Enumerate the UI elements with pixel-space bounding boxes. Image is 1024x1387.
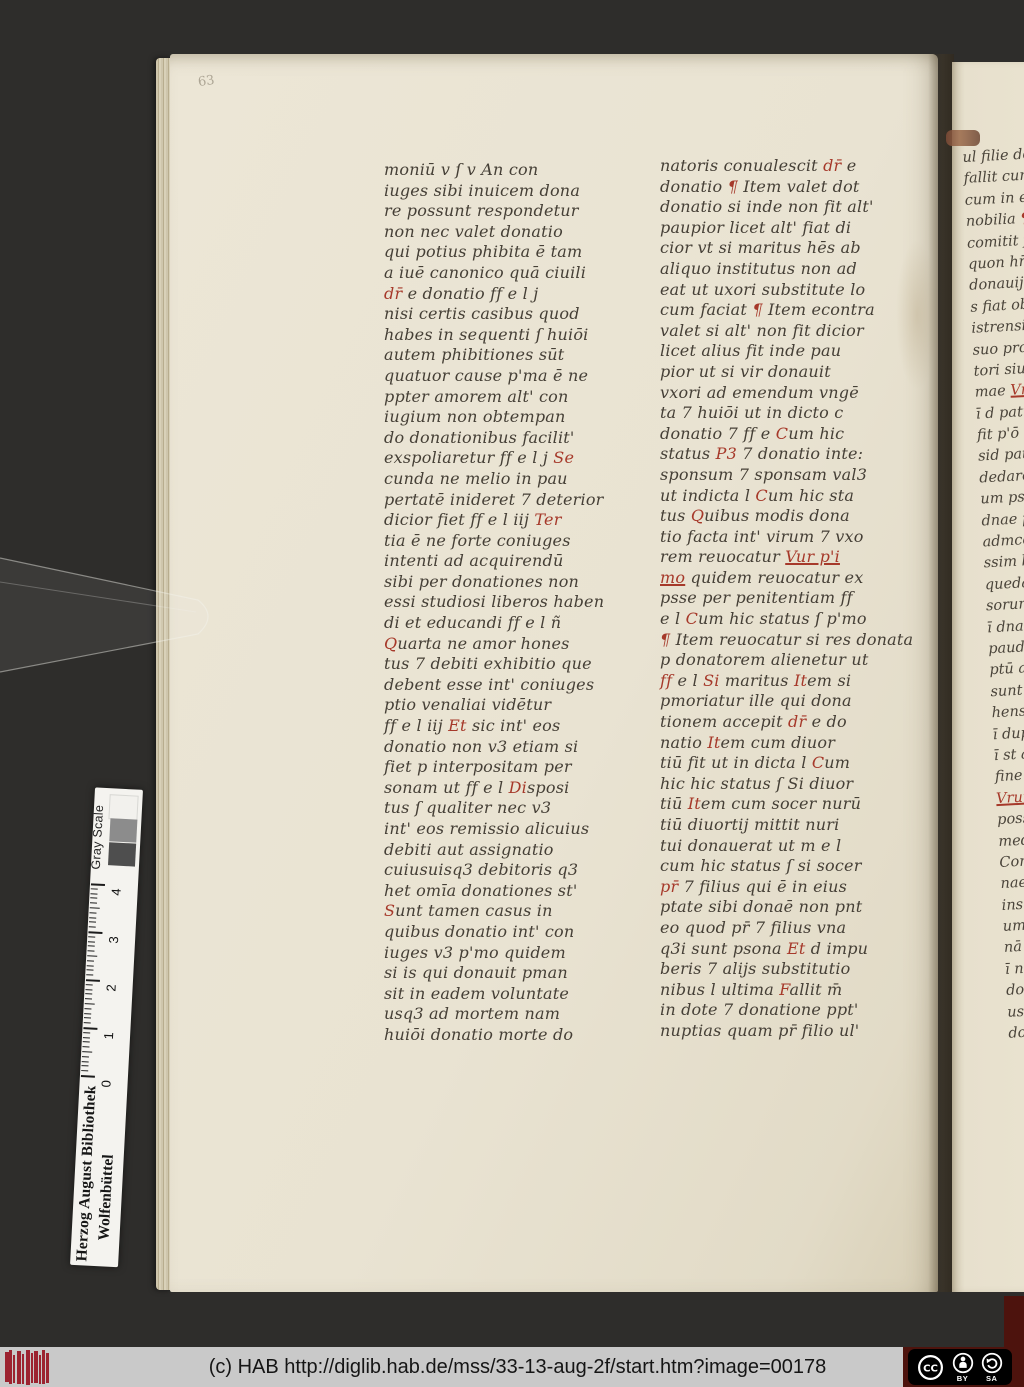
manuscript-line: fiet p interpositam per [384,757,636,778]
manuscript-line: di et educandi ff e l ñ [384,613,636,634]
barcode-bar [13,1355,15,1383]
manuscript-line: Sunt tamen casus in [384,901,636,922]
manuscript-line: donatio non v3 etiam si [384,737,636,758]
rubric-mark: C [812,753,824,772]
manuscript-line: eo quod pr̄ 7 filius vna [660,918,922,939]
manuscript-line: nisi certis casibus quod [384,304,636,325]
ruler-minor-tick [89,926,96,927]
ruler-number: 3 [106,925,121,944]
manuscript-line: ptate sibi donaē non pnt [660,897,922,918]
manuscript-line: aliquo institutus non ad [660,259,922,280]
manuscript-line: rem reuocatur Vur p'i [660,547,922,568]
manuscript-line: psse per penitentiam ff [660,588,922,609]
ruler-minor-tick [85,998,92,999]
ruler-minor-tick [84,1008,91,1009]
rubric-mark: F [779,980,789,999]
ruler-major-tick [83,1027,97,1030]
manuscript-line: qui potius phibita ē tam [384,242,636,263]
manuscript-line: nibus l ultima Fallit m̄ [660,980,922,1001]
rubric-mark: Se [553,448,574,467]
manuscript-line: Quarta ne amor hones [384,634,636,655]
ruler-minor-tick [86,984,93,985]
book-gutter [928,54,954,1292]
manuscript-line: habes in sequenti ſ huiōi [384,325,636,346]
ruler-minor-tick [83,1037,90,1038]
manuscript-line: cum hic status ſ si socer [660,856,922,877]
barcode-bar [31,1353,33,1383]
manuscript-line: q3i sunt psona Et d impu [660,939,922,960]
manuscript-line: tiū Item cum socer nurū [660,794,922,815]
ruler-minor-tick [83,1032,90,1033]
ruler-minor-tick [90,893,97,894]
ruler-minor-tick [81,1065,88,1066]
rubric-mark: ¶ [752,300,762,319]
ruler-major-tick [91,883,105,886]
library-label-city: Wolfenbüttel [94,1132,119,1263]
grayscale-square-mid [109,818,137,842]
manuscript-line: huiōi donatio morte do [384,1025,636,1046]
manuscript-line: tui donauerat ut m e l [660,836,922,857]
manuscript-line: p donatorem alienetur ut [660,650,922,671]
manuscript-line: e l Cum hic status ſ p'mo [660,609,922,630]
manuscript-line: tiū fit ut in dicta l Cum [660,753,922,774]
manuscript-line: do donationibus facilit' [384,428,636,449]
ruler-number: 1 [101,1021,116,1040]
manuscript-line: paupior licet alt' fiat di [660,218,922,239]
grayscale-square-white [108,794,138,820]
grayscale-ruler: Gray Scale 43210 Herzog August Bibliothe… [70,787,143,1267]
manuscript-line: ¶ Item reuocatur si res donata [660,630,922,651]
manuscript-line: tus ſ qualiter nec v3 [384,798,636,819]
manuscript-line: debent esse int' coniuges [384,675,636,696]
manuscript-line: eat ut uxori substitute lo [660,280,922,301]
manuscript-line: tionem accepit dr̄ e do [660,712,922,733]
manuscript-line: donatio ¶ Item valet dot [660,177,922,198]
ruler-minor-tick [88,946,95,947]
manuscript-line: ta 7 huiōi ut in dicto c [660,403,922,424]
cc-sa-label: SA [986,1375,997,1383]
manuscript-line: quatuor cause p'ma ē ne [384,366,636,387]
manuscript-column-right: natoris conualescit dr̄ edonatio ¶ Item … [660,156,922,1042]
ruler-minor-tick [87,955,97,957]
manuscript-line: tus 7 debiti exhibitio que [384,654,636,675]
rubric-mark: Di [509,778,527,797]
ruler-minor-tick [89,912,96,913]
cc-icon: CC [917,1354,944,1381]
cc-by-label: BY [957,1375,968,1383]
rubric-mark: Et [448,716,467,735]
manuscript-line: cunda ne melio in pau [384,469,636,490]
rubric-mark: C [686,609,698,628]
manuscript-line: ptio venaliai vidētur [384,695,636,716]
manuscript-line: essi studiosi liberos haben [384,592,636,613]
barcode-bar [9,1350,12,1384]
cc-license-badge[interactable]: CC BY SA [908,1349,1012,1385]
pencil-foliation-mark: 63 [197,73,215,90]
barcode-bar [17,1351,21,1384]
manuscript-line: tia ē ne forte coniuges [384,531,636,552]
manuscript-line: quibus donatio int' con [384,922,636,943]
ruler-major-tick [88,931,102,934]
manuscript-line: exspoliaretur ff e l j Se [384,448,636,469]
ruler-minor-tick [86,970,93,971]
manuscript-line: pertatē inideret 7 deterior [384,490,636,511]
manuscript-line: intenti ad acquirendū [384,551,636,572]
ruler-minor-tick [87,965,94,966]
ruler-minor-tick [88,936,95,937]
manuscript-line: sonam ut ff e l Disposi [384,778,636,799]
cc-sa-arrow-icon [981,1352,1003,1374]
binding-sewing [946,130,980,146]
ruler-minor-tick [81,1070,88,1071]
attribution-text: (c) HAB http://diglib.hab.de/mss/33-13-a… [130,1347,905,1387]
cc-by-group: BY [952,1352,974,1383]
manuscript-line: beris 7 alijs substitutio [660,959,922,980]
grayscale-square-dark [108,842,136,866]
manuscript-line: donatio 7 ff e Cum hic [660,424,922,445]
ruler-number: 0 [98,1069,113,1088]
manuscript-line: int' eos remissio alicuius [384,819,636,840]
manuscript-line: sit in eadem voluntate [384,984,636,1005]
manuscript-line: ff e l iij Et sic int' eos [384,716,636,737]
manuscript-line: vxori ad emendum vngē [660,383,922,404]
manuscript-line: usq3 ad mortem nam [384,1004,636,1025]
manuscript-line: sibi per donationes non [384,572,636,593]
rubric-mark: It [707,733,720,752]
rubric-mark: ff [660,671,672,690]
rubric-mark: Si [703,671,719,690]
rubric-mark: C [776,424,788,443]
ruler-major-tick [81,1075,95,1078]
rubric-mark: pr̄ [660,877,678,896]
manuscript-line: ut indicta l Cum hic sta [660,486,922,507]
manuscript-line: cuiusuisq3 debitoris q3 [384,860,636,881]
rubric-mark: mo [660,568,685,587]
rubric-mark: C [755,486,767,505]
rubric-mark: Vrum [996,789,1024,807]
manuscript-line: mo quidem reuocatur ex [660,568,922,589]
rubric-mark: ¶ [660,630,670,649]
ruler-minor-tick [82,1056,89,1057]
ruler-minor-tick [85,1003,95,1005]
manuscript-line: dr̄ e donatio ff e l j [384,284,636,305]
cc-by-person-icon [952,1352,974,1374]
manuscript-line: nuptias quam pr̄ filio ul' [660,1021,922,1042]
manuscript-line: cum faciat ¶ Item econtra [660,300,922,321]
rubric-mark: It [688,794,701,813]
rubric-mark: ¶ [728,177,738,196]
color-calibration-barcode [5,1350,51,1387]
manuscript-line: si is qui donauit pman [384,963,636,984]
manuscript-line: status P3 7 donatio inte: [660,444,922,465]
ruler-number: 2 [103,973,118,992]
barcode-bar [34,1351,38,1383]
cc-logo-group: CC [917,1354,944,1381]
barcode-bar [26,1350,30,1385]
ruler-minor-tick [89,917,96,918]
barcode-bar [22,1354,24,1384]
ruler-minor-tick [84,1018,91,1019]
rubric-mark: It [794,671,807,690]
ruler-minor-tick [90,902,97,903]
rubric-mark: dr̄ [384,284,402,303]
rubric-mark: Vur p'i [785,547,840,566]
ruler-number: 4 [108,877,123,896]
barcode-bar [46,1353,49,1383]
manuscript-line: iugium non obtempan [384,407,636,428]
svg-text:CC: CC [923,1363,938,1374]
manuscript-line: hic hic status ſ Si diuor [660,774,922,795]
barcode-bar [42,1350,45,1384]
rubric-mark: dr̄ [788,712,806,731]
manuscript-line: tus Quibus modis dona [660,506,922,527]
ruler-minor-tick [85,994,92,995]
manuscript-line: tio facta int' virum 7 vxo [660,527,922,548]
manuscript-line: in dote 7 donatione ppt' [660,1000,922,1021]
ruler-minor-tick [86,974,93,975]
library-label: Herzog August Bibliothek Wolfenbüttel [70,1131,125,1263]
book-cover-corner [1004,1296,1024,1347]
manuscript-column-left: moniū v ſ v An coniuges sibi inuicem don… [384,160,636,1046]
ruler-minor-tick [87,950,94,951]
ruler-minor-tick [89,922,96,923]
manuscript-line: pmoriatur ille qui dona [660,691,922,712]
manuscript-line: moniū v ſ v An con [384,160,636,181]
manuscript-line: licet alius fit inde pau [660,341,922,362]
manuscript-line: cior vt si maritus hēs ab [660,238,922,259]
rubric-mark: P3 [716,444,737,463]
rubric-mark: Q [384,634,397,653]
manuscript-line: natio Item cum diuor [660,733,922,754]
manuscript-line: iuges v3 p'mo quidem [384,943,636,964]
rubric-mark: Vrū [1010,382,1024,399]
ruler-minor-tick [82,1061,89,1062]
manuscript-line: dicior fiet ff e l iij Ter [384,510,636,531]
ruler-minor-tick [83,1041,90,1042]
manuscript-line: natoris conualescit dr̄ e [660,156,922,177]
manuscript-line: ppter amorem alt' con [384,387,636,408]
manuscript-line: pior ut si vir donauit [660,362,922,383]
rubric-mark: Et [787,939,806,958]
ruler-minor-tick [90,907,100,909]
rubric-mark: Q [691,506,704,525]
manuscript-line: tiū diuortij mittit nuri [660,815,922,836]
manuscript-line: re possunt respondetur [384,201,636,222]
barcode-bar [39,1355,41,1384]
ruler-minor-tick [87,960,94,961]
cc-sa-group: SA [981,1352,1003,1383]
manuscript-line: non nec valet donatio [384,222,636,243]
grayscale-title: Gray Scale [88,791,109,884]
manuscript-line: valet si alt' non fit dicior [660,321,922,342]
manuscript-line: pr̄ 7 filius qui ē in eius [660,877,922,898]
manuscript-line: ff e l Si maritus Item si [660,671,922,692]
ruler-minor-tick [85,989,92,990]
manuscript-line: het omīa donationes st' [384,881,636,902]
manuscript-line: iuges sibi inuicem dona [384,181,636,202]
ruler-major-tick [86,979,100,982]
rubric-mark: Ter [534,510,561,529]
rubric-mark: S [384,901,395,920]
rubric-mark: dr̄ [823,156,841,175]
manuscript-line: autem phibitiones sūt [384,345,636,366]
ruler-minor-tick [82,1046,89,1047]
ruler-minor-tick [88,941,95,942]
manuscript-line: donatio si inde non fit alt' [660,197,922,218]
ruler-minor-tick [82,1051,92,1053]
ruler-minor-tick [84,1013,91,1014]
ruler-minor-tick [91,888,98,889]
manuscript-line: a iuē canonico quā ciuili [384,263,636,284]
rubric-mark: ¶ [1020,211,1024,227]
ruler-minor-tick [90,898,97,899]
ruler-minor-tick [84,1022,91,1023]
manuscript-line: debiti aut assignatio [384,840,636,861]
manuscript-line: sponsum 7 sponsam val3 [660,465,922,486]
